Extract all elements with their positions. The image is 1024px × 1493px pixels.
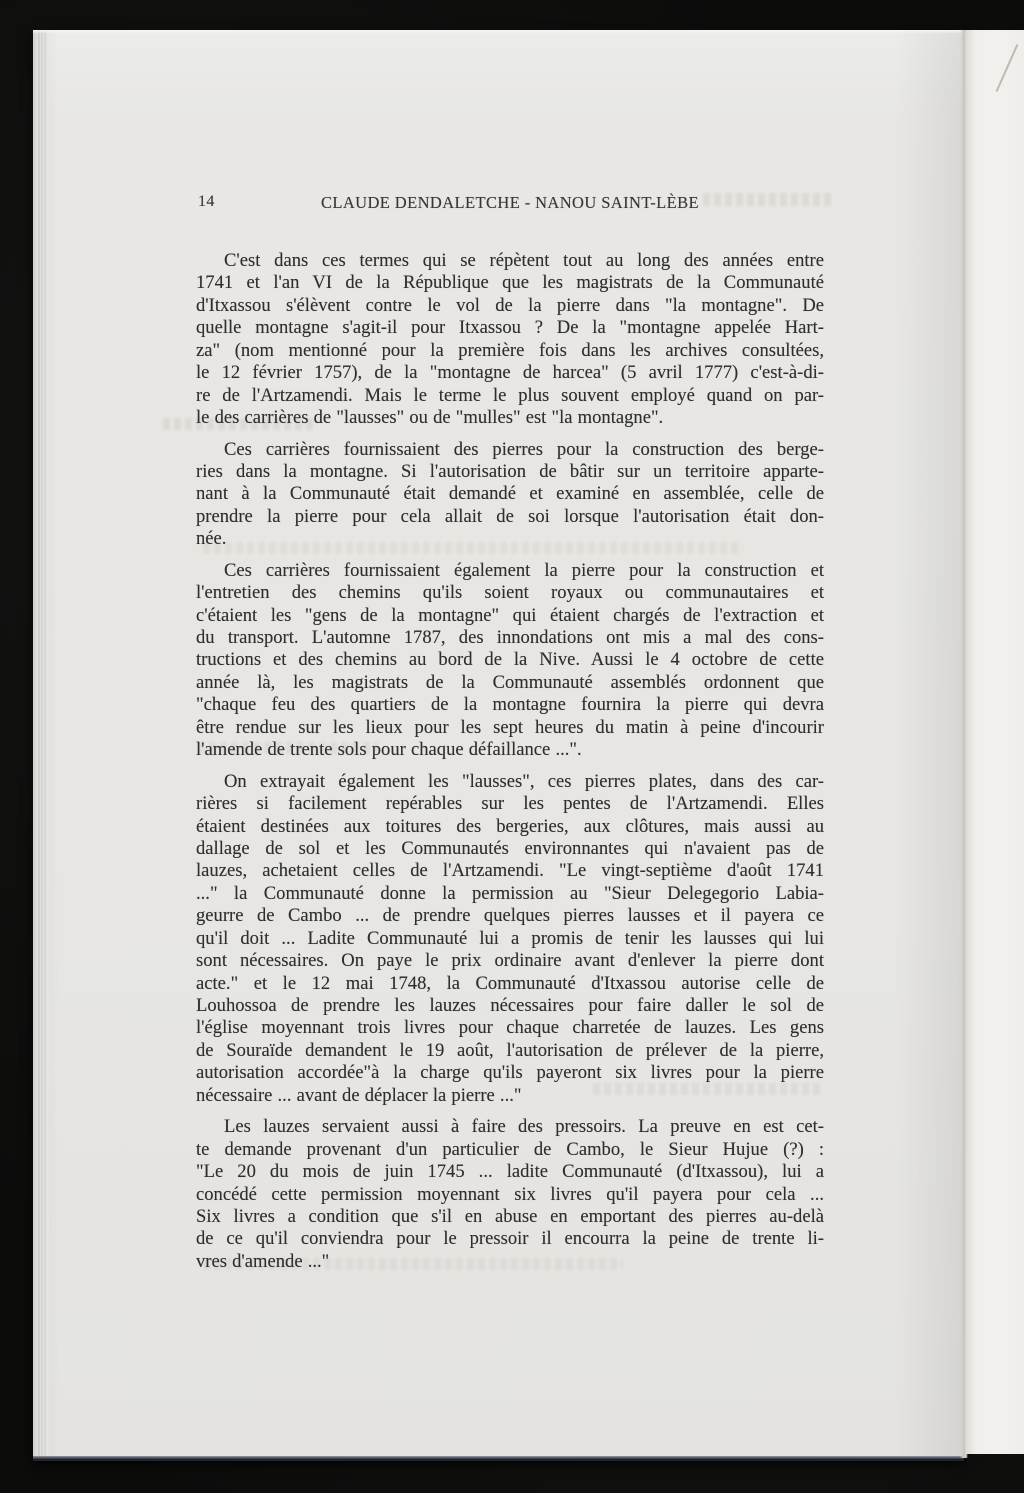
- paragraph: C'est dans ces termes qui se répètent to…: [196, 250, 824, 430]
- text-line: za" (nom mentionné pour la première fois…: [196, 340, 824, 362]
- text-line: le des carrières de "lausses" ou de "mul…: [196, 407, 824, 429]
- running-head: 14 CLAUDE DENDALETCHE - NANOU SAINT-LÈBE: [196, 190, 824, 216]
- text-line: l'église moyennant trois livres pour cha…: [196, 1017, 824, 1039]
- text-line: année là, les magistrats de la Communaut…: [196, 672, 824, 694]
- text-line: être rendue sur les lieux pour les sept …: [196, 717, 824, 739]
- running-title: CLAUDE DENDALETCHE - NANOU SAINT-LÈBE: [196, 193, 824, 213]
- paragraph: Ces carrières fournissaient des pierres …: [196, 439, 824, 551]
- text-line: Ces carrières fournissaient des pierres …: [196, 439, 824, 461]
- text-line: prendre la pierre pour cela allait de so…: [196, 506, 824, 528]
- text-line: Louhossoa de prendre les lauzes nécessai…: [196, 995, 824, 1017]
- text-line: concédé cette permission moyennant six l…: [196, 1184, 824, 1206]
- printed-content: 14 CLAUDE DENDALETCHE - NANOU SAINT-LÈBE…: [196, 190, 824, 216]
- text-line: Ces carrières fournissaient également la…: [196, 560, 824, 582]
- text-line: acte." et le 12 mai 1748, la Communauté …: [196, 973, 824, 995]
- text-line: ..." la Communauté donne la permission a…: [196, 883, 824, 905]
- text-line: de ce qu'il conviendra pour le pressoir …: [196, 1228, 824, 1250]
- text-line: de Souraïde demandent le 19 août, l'auto…: [196, 1040, 824, 1062]
- text-line: On extrayait également les "lausses", ce…: [196, 771, 824, 793]
- paragraph: Ces carrières fournissaient également la…: [196, 560, 824, 762]
- text-line: du transport. L'automne 1787, des innond…: [196, 627, 824, 649]
- page-top-edge: [33, 30, 964, 34]
- text-line: l'entretien des chemins qu'ils soient ro…: [196, 582, 824, 604]
- paragraph: Les lauzes servaient aussi à faire des p…: [196, 1116, 824, 1273]
- text-line: te demande provenant d'un particulier de…: [196, 1139, 824, 1161]
- text-line: geurre de Cambo ... de prendre quelques …: [196, 905, 824, 927]
- text-line: le 12 février 1757), de la "montagne de …: [196, 362, 824, 384]
- text-line: lauzes, achetaient celles de l'Artzamend…: [196, 860, 824, 882]
- text-line: vres d'amende ...": [196, 1251, 824, 1273]
- paragraph: On extrayait également les "lausses", ce…: [196, 771, 824, 1108]
- paper-crease: [996, 44, 1019, 92]
- text-line: autorisation accordée"à la charge qu'ils…: [196, 1062, 824, 1084]
- text-line: C'est dans ces termes qui se répètent to…: [196, 250, 824, 272]
- text-line: ries dans la montagne. Si l'autorisation…: [196, 461, 824, 483]
- text-line: nécessaire ... avant de déplacer la pier…: [196, 1085, 824, 1107]
- book-page: 14 CLAUDE DENDALETCHE - NANOU SAINT-LÈBE…: [33, 30, 964, 1458]
- text-line: Six livres a condition que s'il en abuse…: [196, 1206, 824, 1228]
- text-line: re de l'Artzamendi. Mais le terme le plu…: [196, 385, 824, 407]
- text-line: l'amende de trente sols pour chaque défa…: [196, 739, 824, 761]
- text-line: d'Itxassou s'élèvent contre le vol de la…: [196, 295, 824, 317]
- page-stack-edges: [33, 30, 50, 1458]
- text-line: qu'il doit ... Ladite Communauté lui a p…: [196, 928, 824, 950]
- text-line: Les lauzes servaient aussi à faire des p…: [196, 1116, 824, 1138]
- body-text: C'est dans ces termes qui se répètent to…: [196, 250, 824, 1273]
- text-line: c'étaient les "gens de la montagne" qui …: [196, 605, 824, 627]
- text-line: née.: [196, 528, 824, 550]
- text-line: sont nécessaires. On paye le prix ordina…: [196, 950, 824, 972]
- text-line: dallage de sol et les Communautés enviro…: [196, 838, 824, 860]
- text-line: nant à la Communauté était demandé et ex…: [196, 483, 824, 505]
- page-bottom-edge: [33, 1456, 964, 1459]
- text-line: "chaque feu des quartiers de la montagne…: [196, 694, 824, 716]
- scanned-book-photo: 14 CLAUDE DENDALETCHE - NANOU SAINT-LÈBE…: [0, 0, 1024, 1493]
- spine-fold: [960, 30, 968, 1458]
- text-line: étaient destinées aux toitures des berge…: [196, 816, 824, 838]
- text-line: 1741 et l'an VI de la République que les…: [196, 272, 824, 294]
- facing-page-sliver: [966, 30, 1024, 1454]
- text-line: "Le 20 du mois de juin 1745 ... ladite C…: [196, 1161, 824, 1183]
- text-line: quelle montagne s'agit-il pour Itxassou …: [196, 317, 824, 339]
- text-line: rières si facilement repérables sur les …: [196, 793, 824, 815]
- text-line: tructions et des chemins au bord de la N…: [196, 649, 824, 671]
